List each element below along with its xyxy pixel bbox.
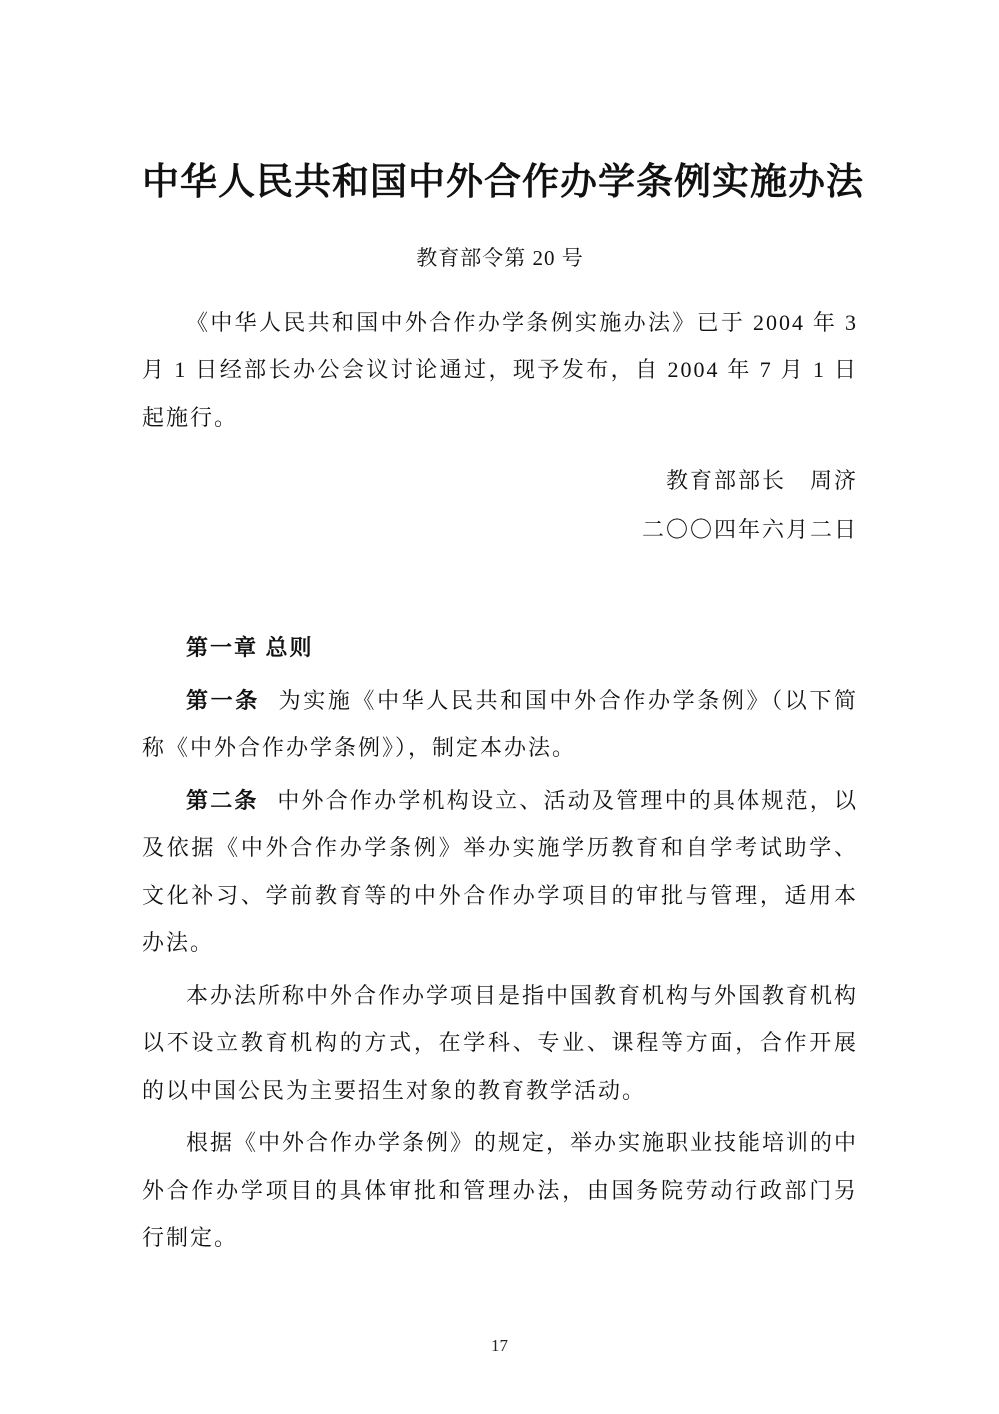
page-number: 17 [0, 1336, 999, 1356]
signature-date-line: 二〇〇四年六月二日 [142, 505, 858, 554]
article-2: 第二条中外合作办学机构设立、活动及管理中的具体规范，以及依据《中外合作办学条例》… [142, 777, 858, 967]
article-1: 第一条为实施《中华人民共和国中外合作办学条例》（以下简称《中外合作办学条例》），… [142, 677, 858, 772]
document-title: 中华人民共和国中外合作办学条例实施办法 [142, 158, 858, 208]
decree-number-line: 教育部令第 20 号 [142, 242, 858, 272]
chapter-1-heading: 第一章 总则 [142, 624, 858, 672]
preamble-paragraph: 《中华人民共和国中外合作办学条例实施办法》已于 2004 年 3 月 1 日经部… [142, 299, 858, 442]
document-content: 中华人民共和国中外合作办学条例实施办法 教育部令第 20 号 《中华人民共和国中… [0, 0, 999, 1262]
document-page: 中华人民共和国中外合作办学条例实施办法 教育部令第 20 号 《中华人民共和国中… [0, 0, 999, 1414]
article-1-label: 第一条 [186, 688, 260, 713]
body-paragraph-vocational: 根据《中外合作办学条例》的规定，举办实施职业技能培训的中外合作办学项目的具体审批… [142, 1119, 858, 1262]
body-paragraph-definition: 本办法所称中外合作办学项目是指中国教育机构与外国教育机构以不设立教育机构的方式，… [142, 972, 858, 1115]
signature-line: 教育部部长 周济 [142, 456, 858, 505]
article-2-text: 中外合作办学机构设立、活动及管理中的具体规范，以及依据《中外合作办学条例》举办实… [142, 788, 858, 956]
article-2-label: 第二条 [186, 788, 259, 813]
